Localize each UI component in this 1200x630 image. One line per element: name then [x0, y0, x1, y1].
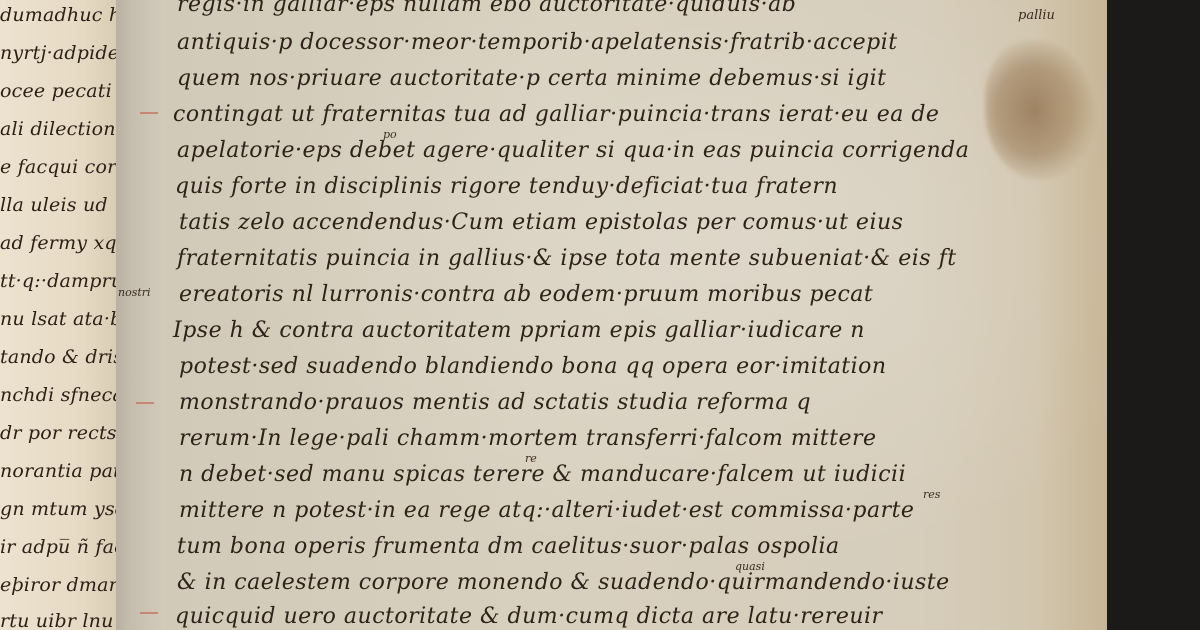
left-page-line: e facqui corp: [0, 156, 118, 178]
manuscript-line: ereatoris nl lurronis·contra ab eodem·pr…: [179, 282, 873, 307]
rubric-mark: [136, 402, 154, 404]
left-page-line: ad fermy xq: [0, 232, 117, 254]
left-page-line: dumadhuc ht: [0, 4, 118, 26]
manuscript-line: Ipse h & contra auctoritatem ppriam epis…: [173, 318, 865, 343]
manuscript-line: tatis zelo accendendus·Cum etiam epistol…: [179, 210, 903, 235]
left-page-line: dr por rectsar: [0, 422, 118, 444]
manuscript-line: quicquid uero auctoritate & dum·cumq dic…: [175, 604, 883, 629]
left-page: dumadhuc ht nyrtj·adpidem ocee pecati al…: [0, 0, 118, 630]
left-page-line: tt·q:·dampru: [0, 270, 118, 292]
left-page-line: nchdi sfnecal: [0, 384, 118, 406]
rubric-mark: [140, 612, 158, 614]
manuscript-line: fraternitatis puincia in gallius·& ipse …: [177, 246, 957, 271]
left-page-line: rtu uibr lnu: [0, 610, 114, 630]
manuscript-line: quis forte in disciplinis rigore tenduy·…: [175, 174, 838, 199]
gutter-margin-note: nostri: [118, 286, 151, 299]
manuscript-line: quem nos·priuare auctoritate·p certa min…: [177, 66, 887, 91]
left-page-line: ocee pecati: [0, 80, 112, 102]
left-page-line: gn mtum ysda: [0, 498, 118, 520]
left-page-line: lla uleis ud: [0, 194, 108, 216]
manuscript-line: contingat ut fraternitas tua ad galliar·…: [173, 102, 939, 127]
manuscript-photograph: dumadhuc ht nyrtj·adpidem ocee pecati al…: [0, 0, 1200, 630]
left-page-line: nyrtj·adpidem: [0, 42, 118, 64]
manuscript-line: monstrando·prauos mentis ad sctatis stud…: [179, 390, 811, 415]
manuscript-line: potest·sed suadendo blandiendo bona qq o…: [179, 354, 887, 379]
margin-note-palliu: palliu: [1018, 8, 1055, 23]
left-page-line: tando & dris: [0, 346, 118, 368]
manuscript-line: n debet·sed manu spicas terere & manduca…: [179, 462, 906, 487]
interlinear-gloss: po: [383, 128, 397, 141]
manuscript-line: tum bona operis frumenta dm caelitus·suo…: [177, 534, 840, 559]
black-backdrop: [1107, 0, 1200, 630]
right-page: regis·in galliar·eps nullam ebo auctorit…: [165, 0, 1107, 630]
interlinear-gloss: quasi: [735, 560, 765, 573]
page-edge-discoloration: [1037, 0, 1107, 630]
left-page-line: ir adpu̅ ñ faci: [0, 536, 118, 558]
interlinear-gloss: re: [525, 452, 537, 465]
rubric-mark: [140, 112, 158, 114]
manuscript-line: rerum·In lege·pali chamm·mortem transfer…: [179, 426, 877, 451]
manuscript-line: antiquis·p docessor·meor·temporib·apelat…: [177, 30, 898, 55]
interlinear-gloss: res: [923, 488, 940, 501]
book-gutter: nostri: [116, 0, 170, 630]
manuscript-line: regis·in galliar·eps nullam ebo auctorit…: [177, 0, 796, 17]
left-page-line: eþiror dmar: [0, 574, 118, 596]
manuscript-line: mittere n potest·in ea rege atq:·alteri·…: [179, 498, 914, 523]
left-page-line: ali dilectione: [0, 118, 118, 140]
left-page-line: nu lsat ata·ba: [0, 308, 118, 330]
manuscript-line: & in caelestem corpore monendo & suadend…: [177, 570, 950, 595]
manuscript-line: apelatorie·eps debet agere·qualiter si q…: [177, 138, 969, 163]
left-page-line: norantia pat: [0, 460, 118, 482]
